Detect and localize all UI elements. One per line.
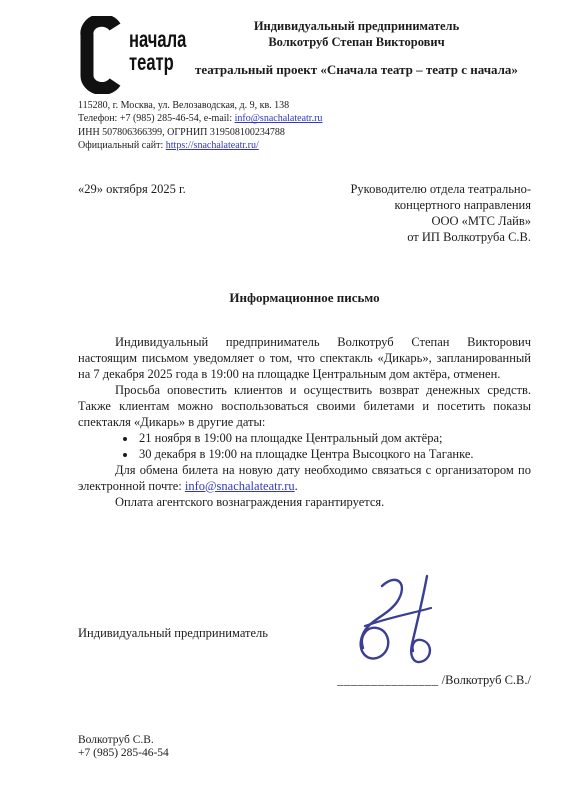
letter-title: Информационное письмо [78,289,531,306]
footer-phone: +7 (985) 285-46-54 [78,747,531,761]
project-name: театральный проект «Сначала театр – теат… [182,62,531,78]
inn-ogrnip-line: ИНН 507806366399, ОГРНИП 319508100234788 [78,126,531,139]
recipient-block: Руководителю отдела театрально- концертн… [350,181,531,245]
date-recipient-row: «29» октября 2025 г. Руководителю отдела… [78,181,531,245]
signature-label: Индивидуальный предприниматель [78,626,268,641]
recipient-line: концертного направления [350,197,531,213]
logo-word-1: начала [129,28,186,51]
logo-wordmark: начала театр [129,28,186,74]
exchange-text-suffix: . [295,479,298,493]
letter-body: Индивидуальный предприниматель Волкотруб… [78,334,531,510]
alternate-date-item: 30 декабря в 19:00 на площадке Центра Вы… [137,446,531,462]
email-link[interactable]: info@snachalateatr.ru [235,113,323,124]
site-prefix: Официальный сайт: [78,140,166,151]
phone-email-line: Телефон: +7 (985) 285-46-54, e-mail: inf… [78,112,531,125]
exchange-text: Для обмена билета на новую дату необходи… [78,463,531,493]
signature-underscore-line: _______________ [337,673,438,687]
signature-block: Индивидуальный предприниматель [78,570,531,666]
body-paragraph-4: Оплата агентского вознаграждения гаранти… [78,494,531,510]
letter-date: «29» октября 2025 г. [78,181,186,245]
recipient-line: Руководителю отдела театрально- [350,181,531,197]
entrepreneur-name: Волкотруб Степан Викторович [182,34,531,50]
alternate-date-item: 21 ноября в 19:00 на площадке Центральны… [137,430,531,446]
logo-word-2: театр [129,51,186,74]
footer-contact: Волкотруб С.В. +7 (985) 285-46-54 [78,734,531,761]
exchange-email-link[interactable]: info@snachalateatr.ru [185,479,295,493]
contact-block: 115280, г. Москва, ул. Велозаводская, д.… [78,99,531,153]
body-paragraph-3: Для обмена билета на новую дату необходи… [78,462,531,494]
site-line: Официальный сайт: https://snachalateatr.… [78,139,531,152]
recipient-line: ООО «МТС Лайв» [350,213,531,229]
footer-name: Волкотруб С.В. [78,734,531,748]
body-paragraph-2: Просьба оповестить клиентов и осуществит… [78,382,531,430]
site-link[interactable]: https://snachalateatr.ru/ [166,140,259,151]
theatre-logo: начала театр [80,16,209,94]
letter-page: начала театр Индивидуальный предпринимат… [0,0,585,790]
logo-letter-c-icon [80,16,122,94]
alternate-dates-list: 21 ноября в 19:00 на площадке Центральны… [78,430,531,462]
signature-name: /Волкотруб С.В./ [439,673,531,687]
letterhead-text: Индивидуальный предприниматель Волкотруб… [182,14,531,78]
phone-email-prefix: Телефон: +7 (985) 285-46-54, e-mail: [78,113,235,124]
recipient-line: от ИП Волкотруба С.В. [350,229,531,245]
entrepreneur-line: Индивидуальный предприниматель [182,18,531,34]
signature-line-row: _______________ /Волкотруб С.В./ [78,672,531,688]
letterhead: начала театр Индивидуальный предпринимат… [78,14,531,92]
handwritten-signature-icon [335,568,450,668]
postal-address: 115280, г. Москва, ул. Велозаводская, д.… [78,99,531,112]
body-paragraph-1: Индивидуальный предприниматель Волкотруб… [78,334,531,382]
